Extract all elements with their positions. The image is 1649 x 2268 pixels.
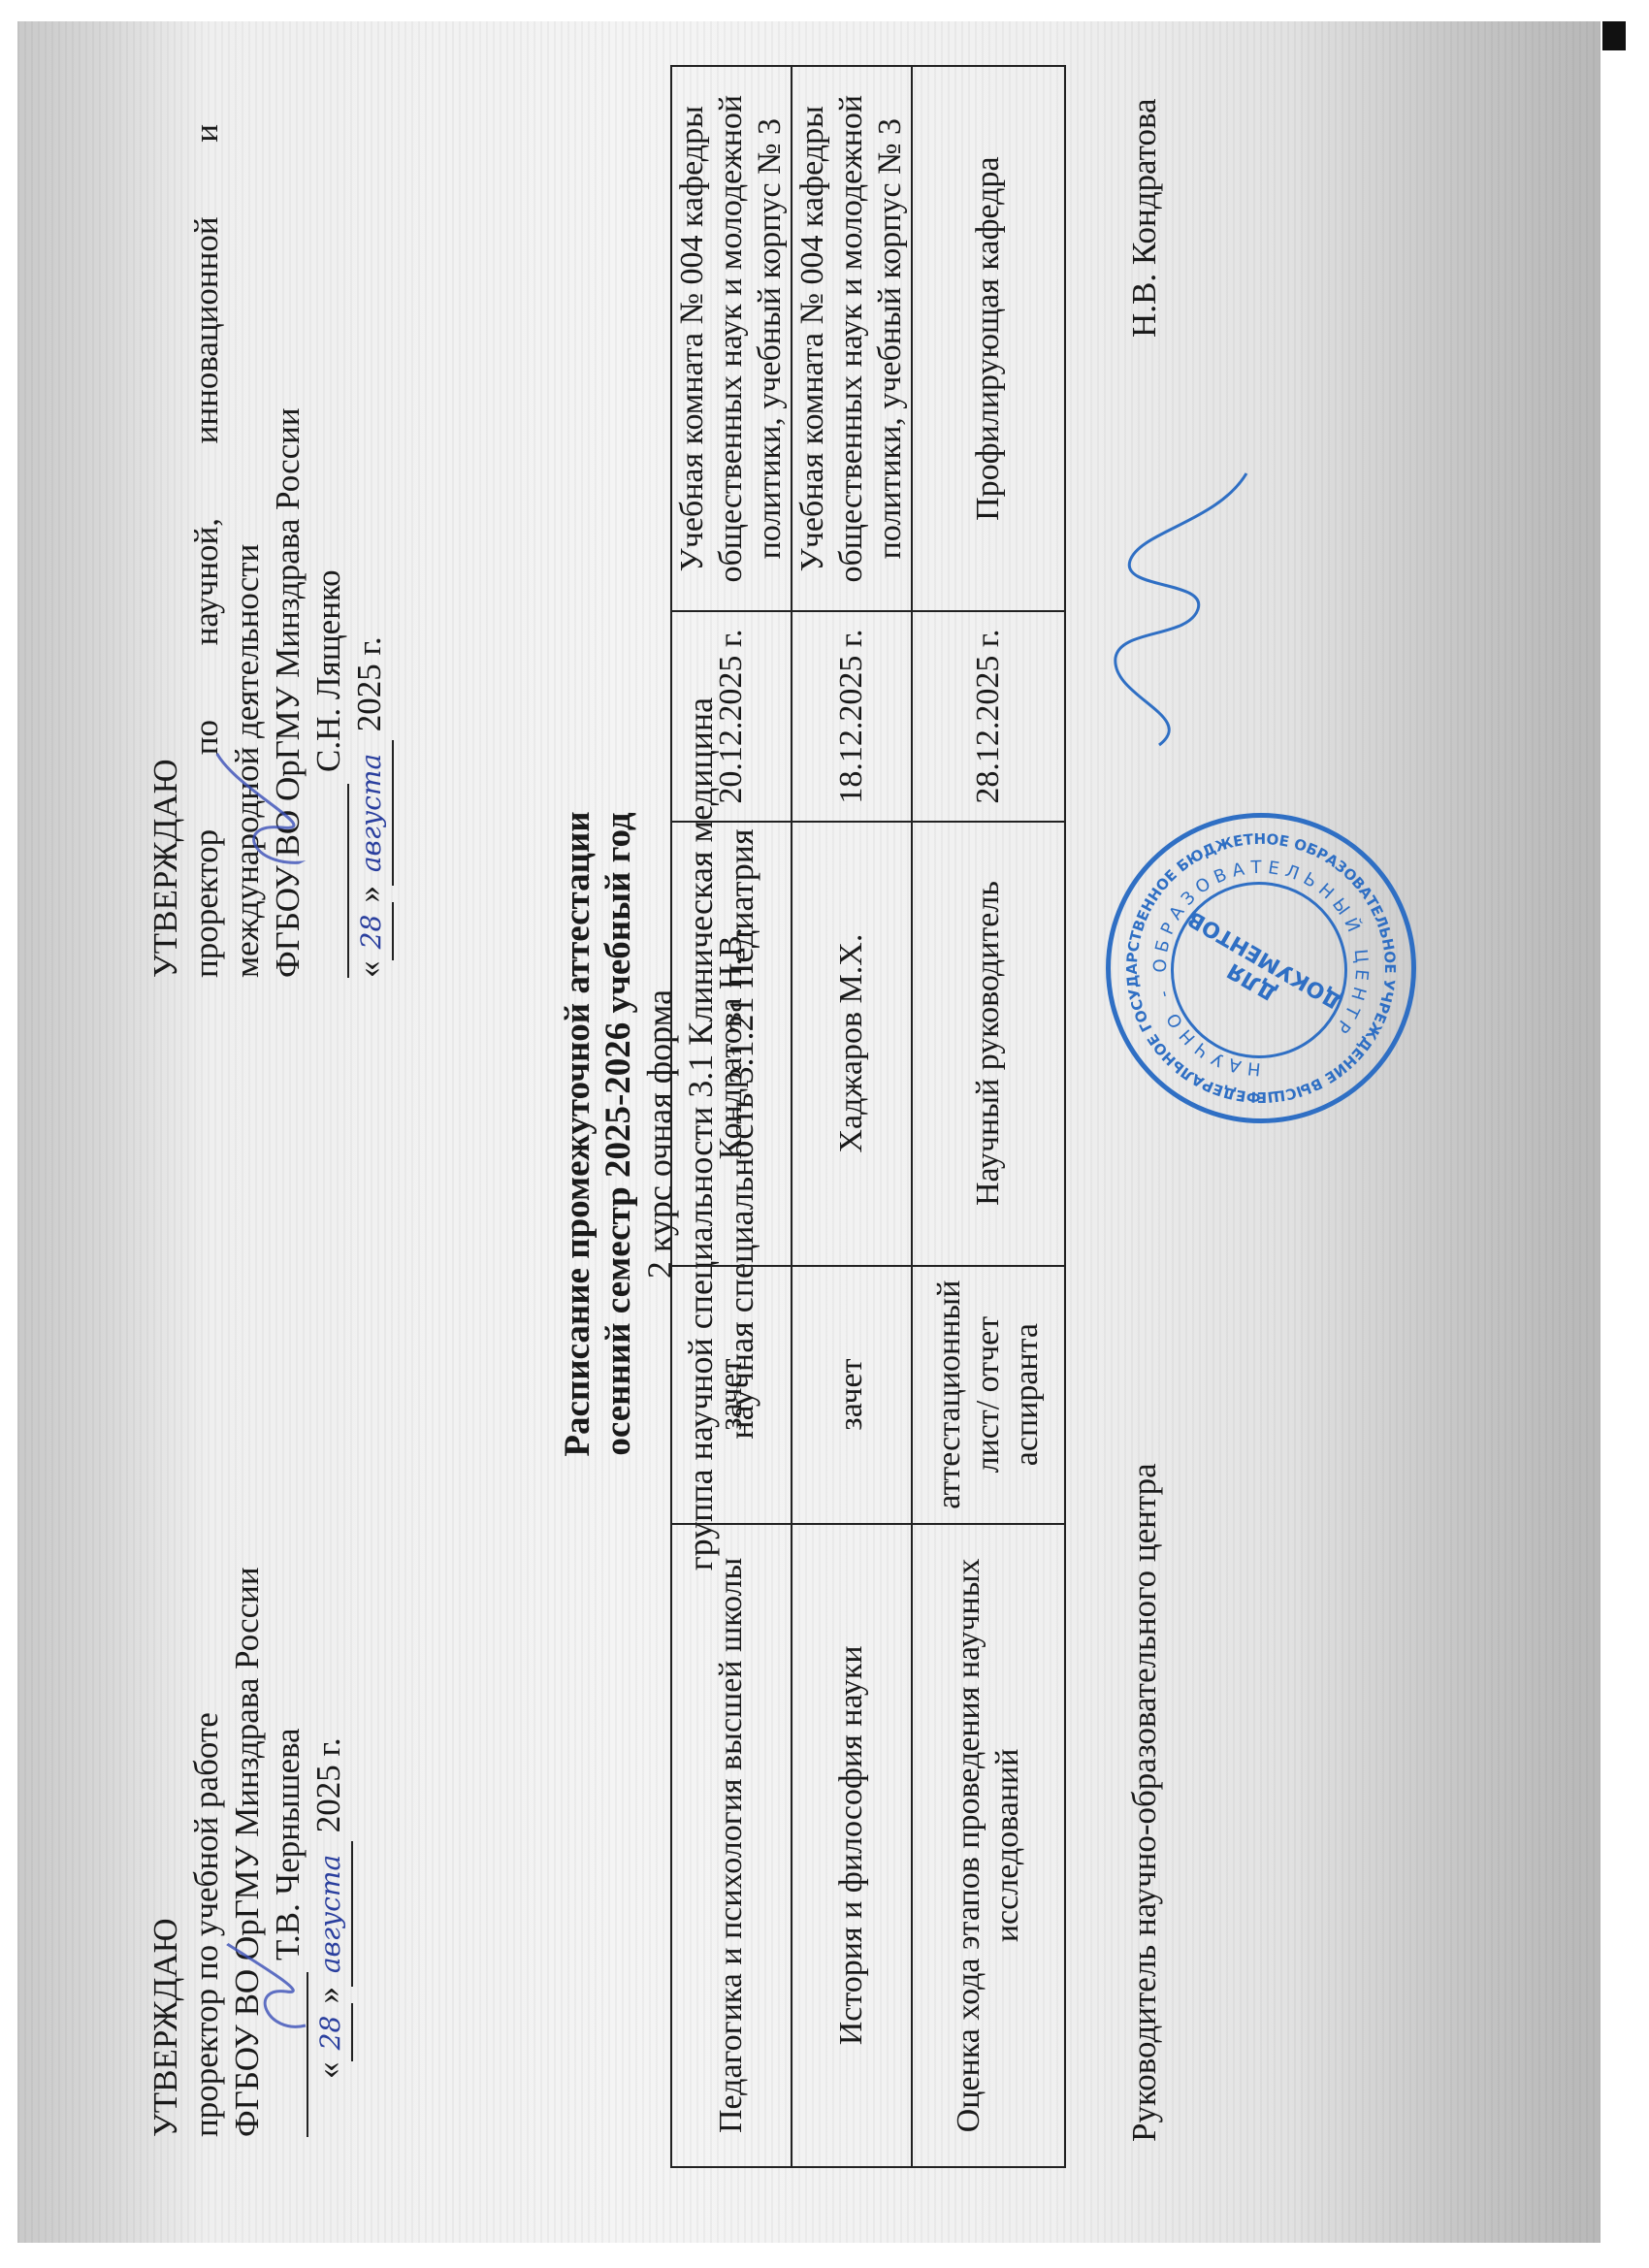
date-cell: 28.12.2025 г. [912, 611, 1065, 821]
teacher-cell: Кондратова Н.В. [671, 822, 792, 1266]
position-word: инновационной [186, 216, 227, 443]
attestation-schedule-table: Педагогика и психология высшей школы зач… [670, 65, 1066, 2168]
table-row: История и философия науки зачет Хаджаров… [792, 66, 912, 2167]
signatory-name: С.Н. Лященко [308, 569, 349, 772]
form-cell: зачет [671, 1266, 792, 1524]
date-year: 2025 г. [309, 1737, 347, 1832]
date-year: 2025 г. [350, 636, 388, 731]
teacher-cell: Хаджаров М.Х. [792, 822, 912, 1266]
subject-cell: История и философия науки [792, 1524, 912, 2167]
document-title: Расписание промежуточной аттестации [558, 0, 598, 2268]
form-cell: зачет [792, 1266, 912, 1524]
form-cell: аттестационный лист/ отчет аспиранта [912, 1266, 1065, 1524]
date-day: 28 [351, 903, 394, 961]
table-row: Оценка хода этапов проведения научных ис… [912, 66, 1065, 2167]
handwritten-signature-left [209, 1928, 325, 2045]
date-cell: 18.12.2025 г. [792, 611, 912, 821]
footer-name: Н.В. Кондратова [1125, 98, 1164, 338]
signatory-name: Т.В. Чернышева [268, 1728, 308, 1960]
handwritten-signature-footer [1101, 464, 1256, 755]
table-row: Педагогика и психология высшей школы зач… [671, 66, 792, 2167]
handwritten-signature-right [194, 735, 339, 871]
approval-heading: УТВЕРЖДАЮ [145, 1342, 186, 2137]
date-cell: 20.12.2025 г. [671, 611, 792, 821]
footer-role: Руководитель научно-образовательного цен… [1125, 1463, 1164, 2142]
position-word: научной, [186, 518, 227, 645]
location-cell: Учебная комната № 004 кафедры общественн… [792, 66, 912, 611]
subject-cell: Оценка хода этапов проведения научных ис… [912, 1524, 1065, 2167]
subject-cell: Педагогика и психология высшей школы [671, 1524, 792, 2167]
document-subtitle: осенний семестр 2025-2026 учебный год [598, 0, 639, 2268]
approval-heading: УТВЕРЖДАЮ [145, 124, 186, 978]
location-cell: Профилирующая кафедра [912, 66, 1065, 611]
date-month: августа [351, 740, 394, 886]
document-page: УТВЕРЖДАЮ проректор по учебной работе ФГ… [0, 0, 1649, 2268]
location-cell: Учебная комната № 004 кафедры общественн… [671, 66, 792, 611]
official-stamp: ФЕДЕРАЛЬНОЕ ГОСУДАРСТВЕННОЕ БЮДЖЕТНОЕ ОБ… [1106, 813, 1416, 1123]
approval-date: «28»августа 2025 г. [349, 124, 394, 978]
position-word: и [186, 124, 227, 143]
teacher-cell: Научный руководитель [912, 822, 1065, 1266]
